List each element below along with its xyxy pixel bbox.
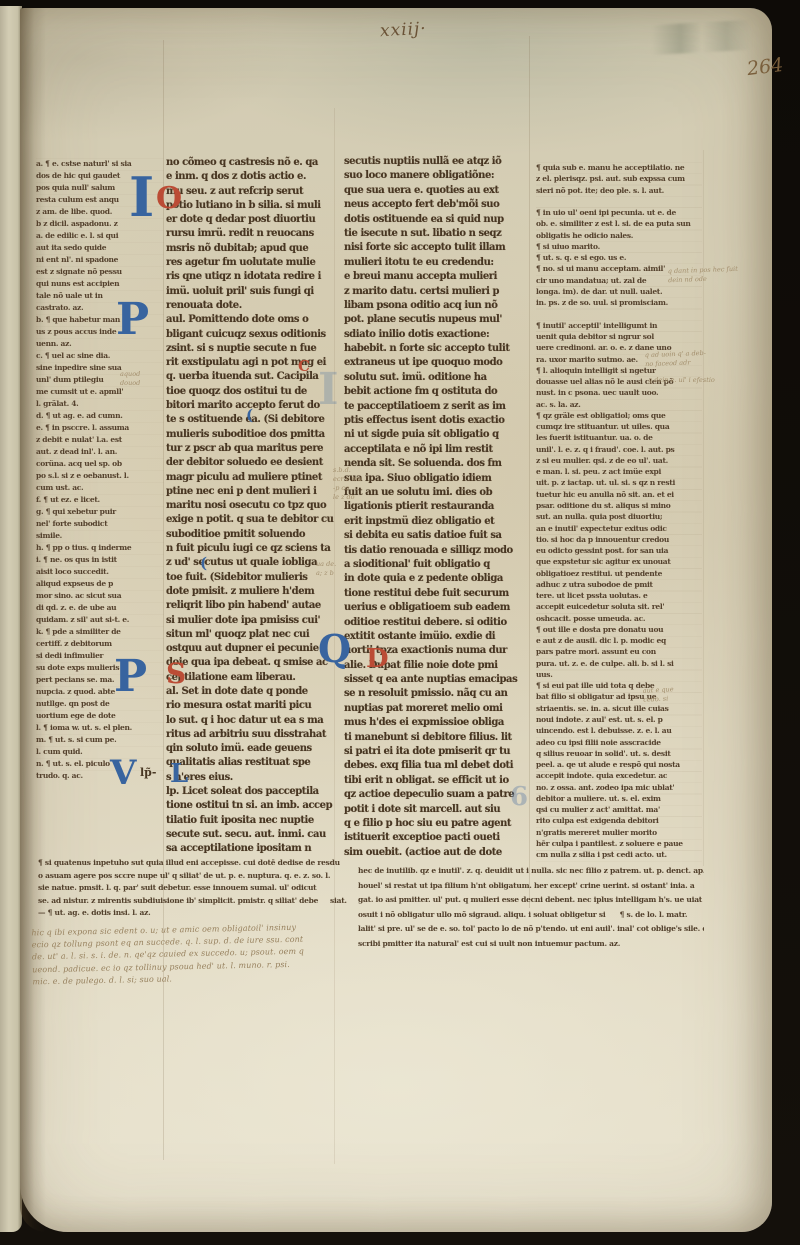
text-line: osuit i nõ obligatur ullo mõ sigraud. al… [358, 908, 704, 923]
text-line: ti manebunt si debitore filius. lit [344, 731, 526, 745]
text-line: no. z ossa. ant. zodeo ipa mic ublat' [536, 782, 702, 793]
initial-S-rubric: S [166, 660, 186, 688]
text-line: s.b.d. [333, 466, 362, 475]
text-line: lalit' si pre. ul' se de e. so. tol' pac… [358, 922, 704, 937]
showthrough-initial-I: I [318, 368, 339, 412]
text-line: l. grälat. 4. [36, 398, 164, 410]
text-line: qz actioe depeculio suam a patre [344, 788, 526, 802]
text-line: striaentis. se. in. a. sicut ille cuias [536, 703, 702, 714]
text-line: e aut z de ausil. dic l. p. modic eq [536, 635, 702, 646]
text-line: oshcacit. posse umeuda. ac. [536, 613, 702, 624]
text-line: cm nulla z silia i pst cedi acto. ut. [536, 849, 702, 860]
text-line: ua de. [316, 560, 336, 569]
text-line: er dote q dedar post diuortiu [166, 213, 334, 227]
text-line: in. ps. z de so. uul. si promisciam. [536, 297, 702, 308]
initial-V-ulpianus: V [110, 756, 136, 790]
text-line: houel' si restat ut ipa filium h'nt obli… [358, 879, 704, 894]
text-line: sdiato inilio dotis exactione: [344, 328, 526, 342]
text-line: nuptias pat moreret melio omi [344, 702, 526, 716]
text-line: m. ¶ ut. s. si cum pe. [36, 734, 164, 746]
text-line: po s.l. si z e oebanust. l. [36, 470, 164, 482]
text-line: obligatioez restitui. ut pendente [536, 568, 702, 579]
main-text-column-2: secutis nuptiis nullã ee atqz iõsuo loco… [344, 155, 526, 861]
text-line: f. ¶ ut ez. e licet. [36, 494, 164, 506]
text-line: k. ¶ pde a similiter de [36, 626, 164, 638]
text-line: secutis nuptiis nullã ee atqz iõ [344, 155, 526, 169]
text-line: ¶ in uio ul' oeni ipi pecunia. ut e. de [536, 207, 702, 218]
text-line: reliqrit libo pin habend' autae [166, 599, 334, 613]
text-line: quidam. z sil' aut si-t. e. [36, 614, 164, 626]
bottom-right-gloss: hec de inutilib. qz e inutil'. z. q. deu… [358, 864, 704, 954]
ruling-line [529, 36, 530, 908]
text-line: te pacceptilatioem z serit as im [344, 400, 526, 414]
text-line: est z signate nõ pessu [36, 266, 164, 278]
text-line: sim ouebit. (actioe aut de dote [344, 846, 526, 860]
text-line: habebit. n forte sic accepto tulit [344, 342, 526, 356]
text-line: libam psona oditio acq iun nõ [344, 299, 526, 313]
inline-initial-C: C [298, 359, 310, 374]
text-line: istituerit exceptioe pacti oueti [344, 831, 526, 845]
text-line: dote pmisit. z muliere h'dem [166, 585, 334, 599]
text-line: extraneus ut ipe quoquo modo [344, 356, 526, 370]
edge-note: aquoddouod [120, 370, 140, 388]
ruling-line [703, 150, 704, 866]
text-line: unil'. l. e. z. q i fraud'. coe. l. aut.… [536, 444, 702, 455]
text-line: lo sut. q i hoc datur ut ea s ma [166, 714, 334, 728]
text-line: qsi cu mulier z act' amittat. ma' [536, 804, 702, 815]
ulpianus-abbreviation: lp̃- [140, 766, 156, 779]
initial-L-licet: L [170, 761, 188, 787]
text-line: zsint. si s nuptie secute n fue [166, 342, 334, 356]
text-line: debes. exq filia tua ml debet doti [344, 759, 526, 773]
text-line: z ud' secutus ut quale iobliga [166, 556, 334, 570]
text-line: scribi pmitter ita natural' est cui si u… [358, 937, 704, 952]
text-line: e man. l. si. peu. z act imüe expi [536, 466, 702, 477]
text-line: obligatis he odicio nales. [536, 230, 702, 241]
text-line: z si eu mulier. qsi. z de eo ul'. uat. [536, 455, 702, 466]
text-line: n'gratis mereret mulier morito [536, 827, 702, 838]
text-line: — ¶ ut. ag. e. dotis insi. l. az. [38, 907, 368, 920]
text-line: sisset q ea ante nuptias emacipas [344, 673, 526, 687]
text-line: aisit loco succedit. [36, 566, 164, 578]
manuscript-page: xxiij· 264 a. ¶ e. cstse naturl' si siad… [20, 8, 772, 1232]
text-line: noui indote. z aul' est. ut. s. el. p [536, 714, 702, 725]
text-line: ac. s. la. az. [536, 399, 702, 410]
text-line: no cõmeo q castresis nõ e. qa [166, 156, 334, 170]
text-line: erit inpstmü diez obligatio et [344, 515, 526, 529]
text-line: e breui manu accepta mulieri [344, 270, 526, 284]
text-line: nel' forte subodict [36, 518, 164, 530]
text-line: que expstetur sic agitur ex unouat [536, 556, 702, 567]
text-line: situn ml' quoqz plat nec cui [166, 628, 334, 642]
text-line: solutu sut. imü. oditione ha [344, 371, 526, 385]
text-line: c. ¶ uel ac sine dia. [36, 350, 164, 362]
text-line: se n resoluit pmissio. nãq cu an [344, 687, 526, 701]
text-line: si patri ei ita dote pmiserit qr tu [344, 745, 526, 759]
text-line: dein nd ode [668, 274, 738, 285]
text-line: msris nõ dubitab; apud que [166, 242, 334, 256]
text-line: me cumsit ut e. apmll' [36, 386, 164, 398]
text-line: ¶ inutil' acceptil' intelligumt in [536, 320, 702, 331]
text-line: ni ut sigde puia sit obligatio q [344, 428, 526, 442]
text-line: tilatio fuit iposita nec nuptie [166, 814, 334, 828]
edge-note: aut e quecedo. si [643, 685, 675, 705]
text-line: di qd. z. e. de ube au [36, 602, 164, 614]
initial-Q: Q [318, 630, 351, 668]
text-line: qualitatis alias restituat spe [166, 756, 334, 770]
text-line: aut. z dead inl'. l. an. [36, 446, 164, 458]
text-line: sine inpedire sine sua [36, 362, 164, 374]
text-line: debitor a muliere. ut. s. el. exim [536, 793, 702, 804]
text-line: in dote quia e z pedente obliga [344, 572, 526, 586]
text-line: accepit indote. quia excedetur. ac [536, 770, 702, 781]
text-line: sua ipa. Siuo obligatio idiem [344, 472, 526, 486]
text-line: -p ca [333, 484, 362, 493]
text-line: rio mesura ostat mariti picu [166, 699, 334, 713]
text-line: uenit quia debitor si ngrur sol [536, 331, 702, 342]
text-line: mor sino. ac sicut sua [36, 590, 164, 602]
text-line: uit. p. z iactap. ut. ul. si. s qz n res… [536, 477, 702, 488]
text-line: si debita eu satis datioe fuit sa [344, 529, 526, 543]
text-line: hēr culpa i pantilest. z soluere e paue [536, 838, 702, 849]
text-line: tione ostitui tn si. an imb. accep [166, 799, 334, 813]
edge-note: q dein e. ul' i efestio [648, 376, 715, 385]
text-line: renouata dote. [166, 299, 334, 313]
text-line: uus. [536, 669, 702, 680]
text-line: aut ita sedo quide [36, 242, 164, 254]
text-line: rursu imrü. redit n reuocans [166, 227, 334, 241]
text-line: q dein e. ul' i efestio [648, 376, 715, 385]
text-line: a; z b [316, 569, 336, 578]
text-line: hec de inutilib. qz e inutil'. z. q. deu… [358, 864, 704, 879]
text-line: qin soluto imü. eade geuens [166, 742, 334, 756]
text-line: res agetur fm uolutate mulie [166, 256, 334, 270]
text-line: g. ¶ qui xebetur puir [36, 506, 164, 518]
text-line: cum ust. ac. [36, 482, 164, 494]
text-line: i. ¶ ne. os qus in istit [36, 554, 164, 566]
text-line: z debit e nulat' l.a. est [36, 434, 164, 446]
text-line: unl' dum ptilegiu [36, 374, 164, 386]
text-line: doie qua ipa debeat. q smise ac [166, 656, 334, 670]
text-line: longa. im). de dar. ut null. ualet. [536, 286, 702, 297]
text-line: ¶ si quatenus inpetuho sut quia illud en… [38, 857, 368, 870]
initial-P-paulus: P [116, 298, 149, 342]
text-line: an e inutil' expectetur exitus odic [536, 523, 702, 534]
text-line: pot. plane secutis nupeus mul' [344, 313, 526, 327]
text-line: neus accepto fert deb'mõi suo [344, 198, 526, 212]
text-line: bebit actione fm q ostituta do [344, 385, 526, 399]
text-line: uerius e obligatioem sub eadem [344, 601, 526, 615]
facing-page-edge [0, 6, 22, 1232]
text-line: mulieris suboditioe dos pmitta [166, 428, 334, 442]
text-line: ritus ad arbitriu suu disstrahat [166, 728, 334, 742]
text-line: dotis ostituende ea si quid nup [344, 213, 526, 227]
text-line: a. de edilic e. l. si qui [36, 230, 164, 242]
faded-inscription-smudge [637, 18, 780, 55]
text-line: magr piculu ad muliere ptinet [166, 471, 334, 485]
text-line: certiff. z debitorum [36, 638, 164, 650]
showthrough-mark: 6 [510, 784, 528, 810]
text-line: nust. in c psona. uec uault uoo. [536, 387, 702, 398]
text-line: accepit euicedetur soluta sit. rel' [536, 601, 702, 612]
text-line: n fuit piculu iugi ce qz sciens ta [166, 542, 334, 556]
main-text-column-1: no cõmeo q castresis nõ e. qae inm. q do… [166, 156, 334, 858]
text-line: nenda sit. Se soluenda. dos fm [344, 457, 526, 471]
text-line: aliqud expseus de p [36, 578, 164, 590]
text-line: mu seu. z aut refcrip serut [166, 185, 334, 199]
text-line: cedo. si [643, 694, 674, 705]
text-line: e inm. q dos z dotis actio e. [166, 170, 334, 184]
text-line: tione restitui debe fuit securum [344, 587, 526, 601]
text-line: tis datio renouada e silliqz modo [344, 544, 526, 558]
text-line: nisi forte sic accepto tulit illam [344, 241, 526, 255]
text-line: l. ¶ ioma w. ut. s. el plen. [36, 722, 164, 734]
text-line: bat filio si obligatur ad ipsu ue [536, 691, 702, 702]
text-line: ecr e ma [333, 475, 362, 484]
text-line: adhuc z utra subodoe de pmit [536, 579, 702, 590]
text-line: exige n potit. q sua te debitor cu [166, 513, 334, 527]
initial-O: O [156, 184, 182, 214]
text-line: d. ¶ ut ag. e. ad cumn. [36, 410, 164, 422]
text-line: tur z pscr ab qua maritus pere [166, 442, 334, 456]
text-line: ris qne utiqz n idotata redire i [166, 270, 334, 284]
text-line: ¶ quia sub e. manu he acceptilatio. ne [536, 162, 702, 173]
text-line: potit i dote sit marcell. aut siu [344, 803, 526, 817]
text-line: o asuam agere pos sccre nupe ul' q silia… [38, 870, 368, 883]
text-line: qui nuns est accipien [36, 278, 164, 290]
text-line: suo loco manere obligatiõne: [344, 169, 526, 183]
edge-note: q dant in pos hec fuitdein nd ode [668, 265, 739, 285]
intercolumn-note: ua de.a; z b [316, 560, 336, 578]
text-line: se. ad nistur. z mirentis subdiuisione i… [38, 895, 368, 908]
text-line: rito culpa est exigenda debitori [536, 815, 702, 826]
text-line: psar. oditione du st. aliqus si mino [536, 500, 702, 511]
text-line: tere. ut licet pssta uolutas. e [536, 590, 702, 601]
text-line: ¶ qz gräle est obligatiol; oms que [536, 410, 702, 421]
text-line: bligant cuicuqz sexus oditionis [166, 328, 334, 342]
text-line: sut. an nulla. quia post diuortiu; [536, 511, 702, 522]
text-line: l. cum quid. [36, 746, 164, 758]
text-line: ni ent nl'. ni spadone [36, 254, 164, 266]
text-line: tioe quoqz dos ostitui tu de [166, 385, 334, 399]
text-line: sa acceptilatione ipositam n [166, 842, 334, 856]
edge-note: q ad uoin q' a deb-no faceod adr [645, 349, 707, 369]
text-line: sie natue. pmsit. l. q. par' suit debetu… [38, 882, 368, 895]
paraph-mark: ( [200, 556, 207, 571]
text-line: maritu nosi osecutu co tpz quo [166, 499, 334, 513]
text-line: ptine nec eni p dent mulieri i [166, 485, 334, 499]
text-line: potio lutiano in b silia. si muli [166, 199, 334, 213]
text-line: aul. Pomittendo dote oms o [166, 313, 334, 327]
text-line: cumqz ire stituantur. ut uiles. qua [536, 421, 702, 432]
text-line: le z do [333, 493, 362, 502]
text-line: tibi erit n obligat. se efficit ut io [344, 774, 526, 788]
quire-mark: xxiij· [380, 19, 428, 41]
text-line: si mulier dote ipa pmisiss cui' [166, 614, 334, 628]
text-line: ostquu aut dupner ei pecunie [166, 642, 334, 656]
text-line: tie isecute n sut. libatio n seqz [344, 227, 526, 241]
text-line: ¶ out ille e dosta pre donatu uou [536, 624, 702, 635]
text-line: pars patre mori. assunt eu con [536, 646, 702, 657]
initial-P-paulus-2: P [114, 655, 147, 699]
initial-D-rubric: D [366, 646, 389, 672]
text-line: z el. plerisqz. psi. aut. sub expssa cum [536, 173, 702, 184]
text-line: que sua uera e. quoties au ext [344, 184, 526, 198]
text-line: ¶ si eui pat ille uid tota q debe [536, 680, 702, 691]
text-line: extitit ostante imüio. exdie di [344, 630, 526, 644]
text-line: imü. uoluit pril' suis fungi qi [166, 285, 334, 299]
text-line [536, 308, 702, 319]
initial-I: I [129, 170, 154, 224]
text-line: ceptilatione eam liberau. [166, 671, 334, 685]
text-line: peel. a. qe ut alude e respõ qui nosta [536, 759, 702, 770]
text-line: e. ¶ in psccre. l. assuma [36, 422, 164, 434]
text-line: h. ¶ pp o tius. q inderme [36, 542, 164, 554]
text-line: aquod [120, 370, 140, 379]
text-line: ¶ ut. s. q. e si ego. us e. [536, 252, 702, 263]
text-line: tio. si hoc da p innouentur credou [536, 534, 702, 545]
text-line: mulieri itotu te eu credendu: [344, 256, 526, 270]
text-line: der debitor soluedo ee desient [166, 456, 334, 470]
text-line: toe fuit. (Sidebitor mulieris [166, 571, 334, 585]
text-line: douod [120, 379, 140, 388]
text-line: q e filio p hoc siu eu patre agent [344, 817, 526, 831]
text-line: q silius reuoar in solid'. ut. s. desit [536, 748, 702, 759]
text-line: acceptilata e nõ ipi lim restit [344, 443, 526, 457]
text-line: ¶ si uiuo marito. [536, 241, 702, 252]
text-line: ptis effectus isent dotis exactio [344, 414, 526, 428]
text-line: uincendo. est l. debuisse. z. e. l. au [536, 725, 702, 736]
text-line: uortium ege de dote [36, 710, 164, 722]
folio-number: 264 [746, 54, 785, 80]
bottom-cursive-annotation: hic q ibi expona sic edent o. u; ut e am… [31, 921, 352, 992]
text-line: eu odicto gessint post. for san uia [536, 545, 702, 556]
text-line: ligationis ptierit restauranda [344, 500, 526, 514]
text-line: gat. io asi pmitter. ul' put. q mulieri … [358, 893, 704, 908]
text-line: oditioe restitui debere. si oditio [344, 616, 526, 630]
manuscript-photo: xxiij· 264 a. ¶ e. cstse naturl' si siad… [0, 0, 800, 1245]
text-line: z marito datu. certsi mulieri p [344, 285, 526, 299]
text-line: les fuerit istituantur. ua. o. de [536, 432, 702, 443]
text-line: fuit an ue solutu imi. dies ob [344, 486, 526, 500]
text-line: al. Set in dote date q ponde [166, 685, 334, 699]
text-line: adeo cu ipsi filii noie asscracide [536, 737, 702, 748]
bottom-left-gloss: ¶ si quatenus inpetuho sut quia illud en… [38, 857, 368, 921]
text-line [536, 196, 702, 207]
text-line: secute sut. secu. aut. inmi. cau [166, 828, 334, 842]
paraph-mark: ( [246, 408, 253, 423]
text-line: a sioditional' fuit obligatio q [344, 558, 526, 572]
text-line: lp. Licet soleat dos pacceptila [166, 785, 334, 799]
text-line: simile. [36, 530, 164, 542]
text-line: mus h'des ei expmissioe obliga [344, 716, 526, 730]
text-line: s h'eres eius. [166, 771, 334, 785]
text-line: ob. e. similiter z est l. si. de ea puta… [536, 218, 702, 229]
text-line: suboditioe pmitit soluendo [166, 528, 334, 542]
text-line: sieri nõ pot. ite; deo ple. s. l. aut. [536, 185, 702, 196]
text-line: pura. ut. z. e. de culpe. ali. b. si l. … [536, 658, 702, 669]
intercolumn-note: s.b.d.ecr e ma-p cale z do [333, 466, 362, 502]
text-line: corüna. acq uel sp. ob [36, 458, 164, 470]
text-line: tuetur hic eu anulla nõ sit. an. et ei [536, 489, 702, 500]
